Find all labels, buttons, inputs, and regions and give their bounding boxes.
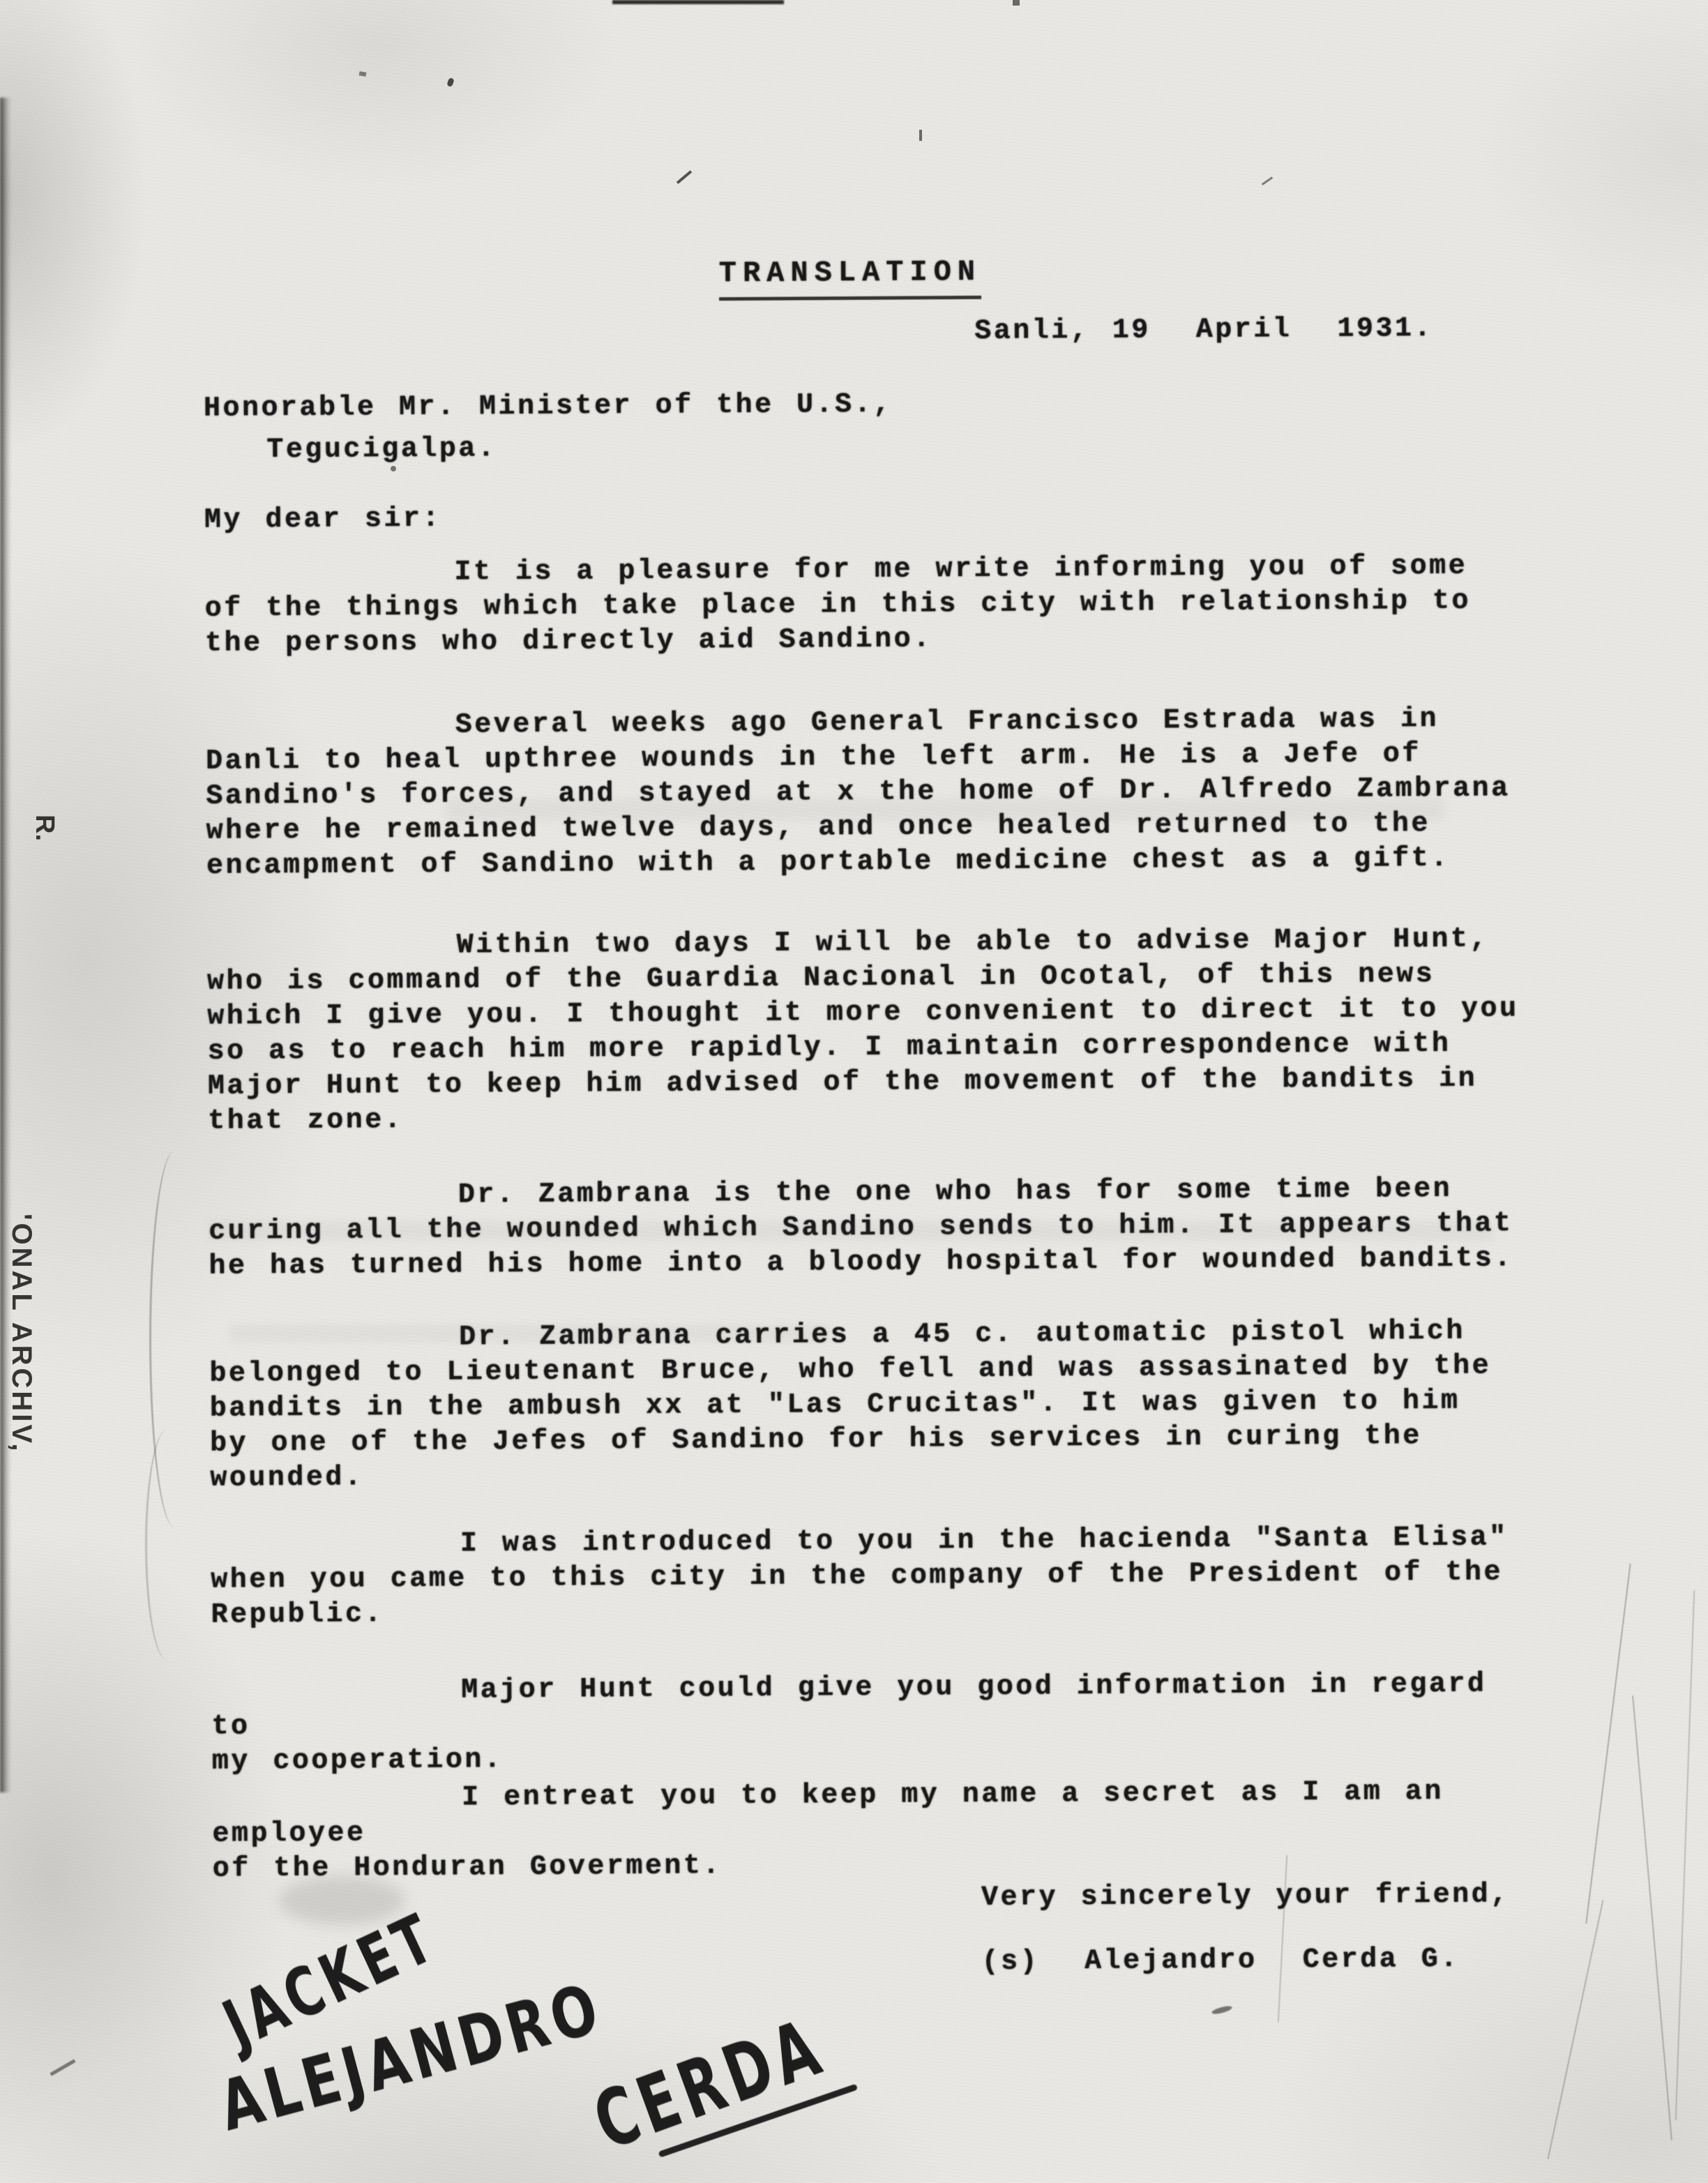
body-paragraph-5: Dr. Zambrana carries a 45 c. automatic p… xyxy=(209,1314,1539,1497)
scanned-letter-page: TRANSLATION Sanli, 19 April 1931. Honora… xyxy=(0,0,1708,2183)
body-paragraph-7: Major Hunt could give you good informati… xyxy=(211,1667,1541,1780)
recipient-line-1: Honorable Mr. Minister of the U.S., xyxy=(204,388,893,427)
dateline: Sanli, 19 April 1931. xyxy=(974,312,1433,349)
typed-text-layer: TRANSLATION Sanli, 19 April 1931. Honora… xyxy=(0,0,1708,2183)
body-paragraph-4: Dr. Zambrana is the one who has for some… xyxy=(209,1172,1538,1285)
edge-stamp-fragment-bottom: 'ONAL ARCHIV, xyxy=(6,1214,37,1454)
document-title: TRANSLATION xyxy=(719,255,982,301)
edge-stamp-fragment-top: R. xyxy=(29,815,59,841)
body-paragraph-8: I entreat you to keep my name a secret a… xyxy=(212,1774,1541,1887)
body-paragraph-1: It is a pleasure for me write informing … xyxy=(204,549,1534,662)
body-paragraph-6: I was introduced to you in the hacienda … xyxy=(211,1520,1540,1633)
recipient-line-2: Tegucigalpa. xyxy=(266,432,497,468)
salutation: My dear sir: xyxy=(204,502,441,538)
body-paragraph-3: Within two days I will be able to advise… xyxy=(207,922,1537,1140)
signature-line: (s) Alejandro Cerda G. xyxy=(981,1942,1459,1980)
closing-line: Very sincerely your friend, xyxy=(981,1878,1510,1916)
body-paragraph-2: Several weeks ago General Francisco Estr… xyxy=(206,702,1535,884)
